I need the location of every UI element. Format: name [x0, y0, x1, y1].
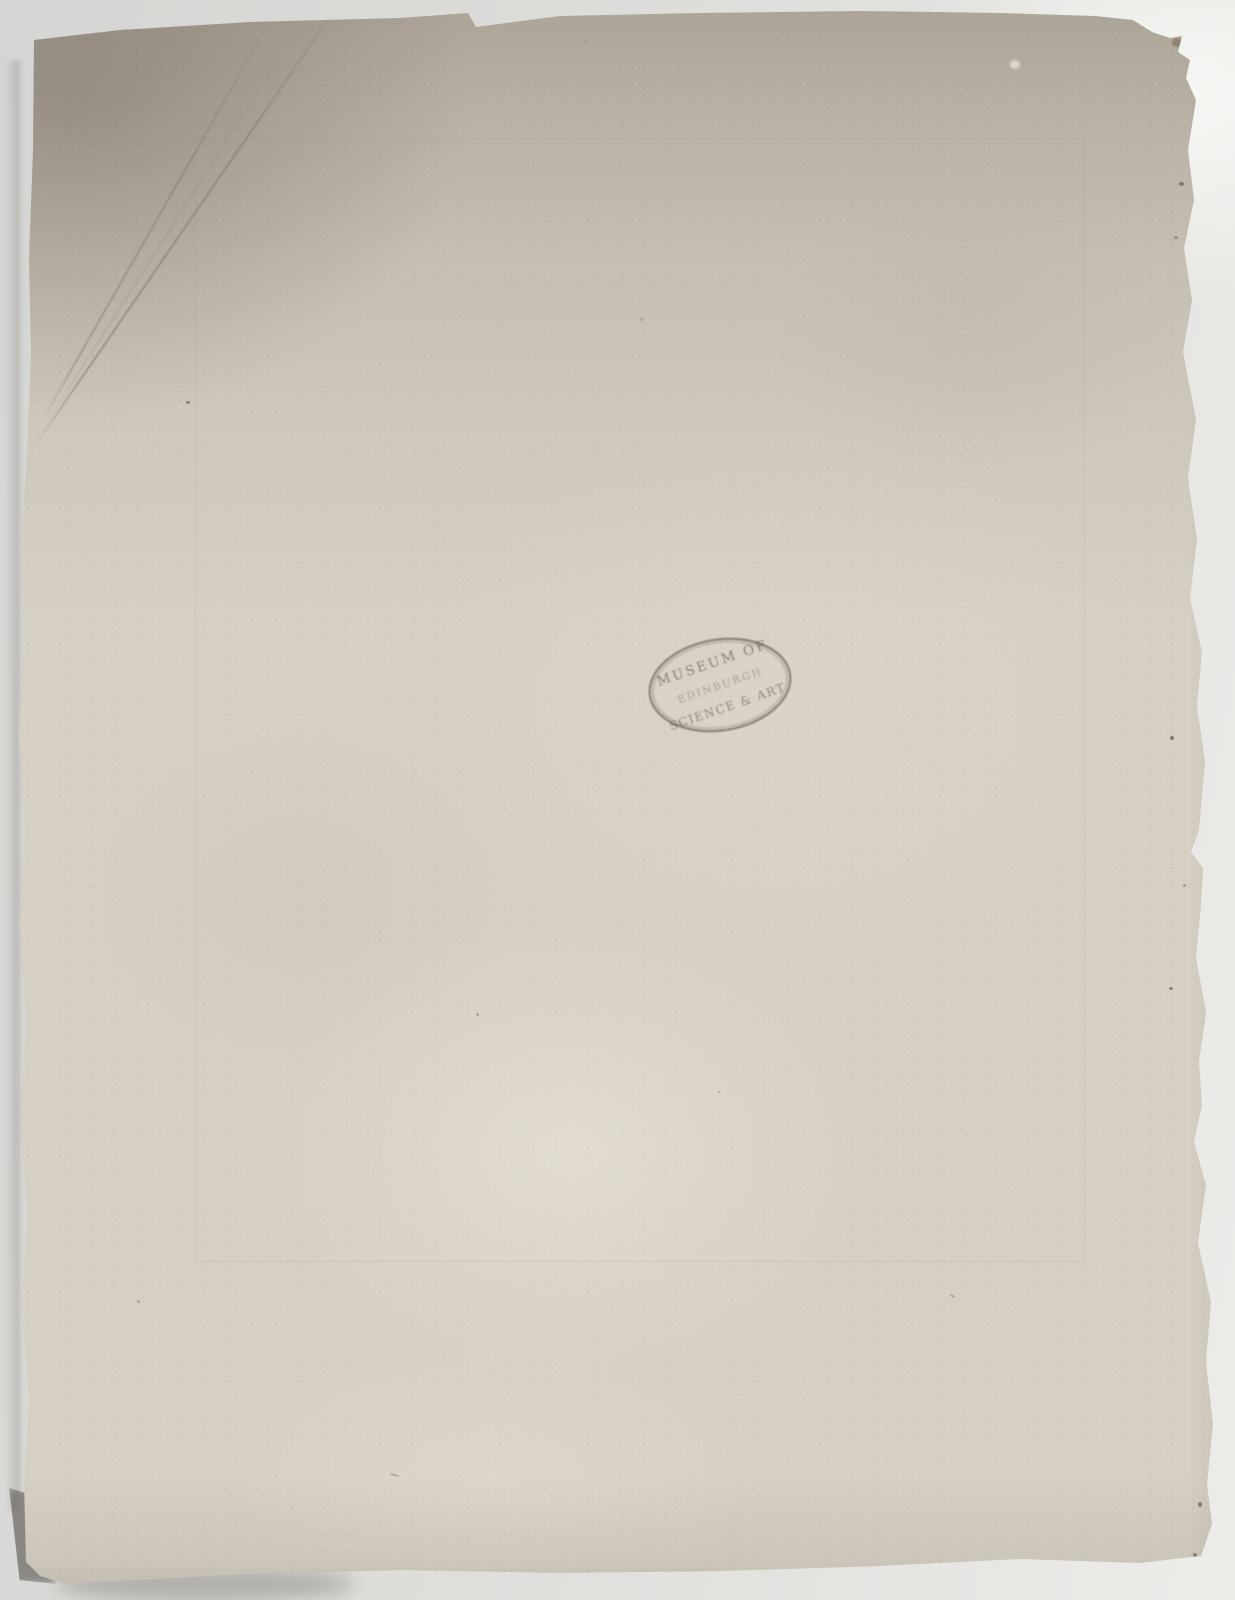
edge-pit [1170, 736, 1174, 740]
foxing-speck [186, 401, 190, 404]
left-edge-shadow [6, 60, 22, 1510]
edge-pit [1198, 1502, 1202, 1507]
foxing-speck [718, 1091, 720, 1093]
foxing-speck [640, 318, 643, 321]
edge-chip [1172, 38, 1183, 47]
pale-spot [1010, 60, 1020, 69]
toning-top-left-corner [0, 0, 1235, 1600]
foxing-speck [476, 1013, 479, 1016]
edge-pit [1174, 236, 1178, 239]
fibre-mark [390, 1473, 399, 1477]
edge-pit [1183, 884, 1186, 887]
toning-mottle [0, 0, 1235, 1600]
paper-sheet: MUSEUM OF EDINBURGH SCIENCE & ART [0, 0, 1235, 1600]
museum-stamp: MUSEUM OF EDINBURGH SCIENCE & ART [634, 618, 805, 752]
foxing-speck [137, 1300, 140, 1303]
plate-mark-impression [195, 138, 1085, 1262]
foxing-speck [950, 1294, 955, 1298]
edge-pit [1169, 987, 1173, 990]
crease-line [29, 9, 335, 454]
toning-edges [0, 0, 1235, 1600]
edge-pit [1193, 1553, 1197, 1557]
edge-pit [1179, 182, 1184, 186]
crease-line [47, 58, 280, 422]
photo-background: MUSEUM OF EDINBURGH SCIENCE & ART [0, 0, 1235, 1600]
foxing-speck [585, 40, 587, 42]
toning-top-band [0, 0, 1235, 1600]
crease-line [37, 42, 259, 429]
